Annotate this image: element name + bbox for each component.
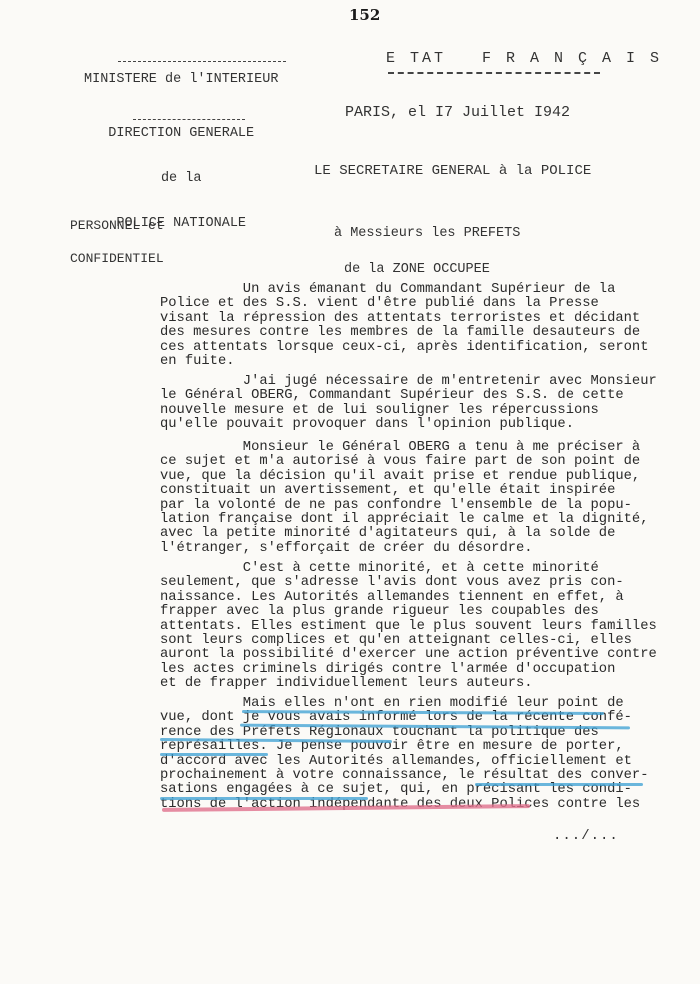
text-line: attentats. Elles estiment que le plus so… bbox=[160, 620, 660, 634]
classification: PERSONNEL et CONFIDENTIEL bbox=[70, 198, 164, 286]
text-line: frapper avec la plus grande rigueur les … bbox=[160, 605, 660, 619]
text-line: et de frapper individuellement leurs aut… bbox=[160, 677, 660, 691]
sender: LE SECRETAIRE GENERAL à la POLICE bbox=[314, 163, 591, 179]
blue-underline bbox=[160, 753, 268, 756]
text-line: ce sujet et m'a autorisé à vous faire pa… bbox=[160, 455, 660, 469]
ministry-line: de la bbox=[84, 171, 278, 186]
text-line: les actes criminels dirigés contre l'arm… bbox=[160, 663, 660, 677]
paragraph: Un avis émanant du Commandant Supérieur … bbox=[160, 283, 660, 369]
blue-underline bbox=[160, 797, 368, 800]
text-line: visant la répression des attentats terro… bbox=[160, 312, 660, 326]
paragraph: J'ai jugé nécessaire de m'entretenir ave… bbox=[160, 375, 660, 433]
classification-line: PERSONNEL et bbox=[70, 220, 164, 231]
etat-francais-heading: E TAT F R A N Ç A I S bbox=[386, 50, 662, 67]
blue-underline bbox=[475, 783, 643, 786]
etat-rule bbox=[388, 72, 600, 74]
text-line: auront la possibilité d'exercer une acti… bbox=[160, 648, 660, 662]
date-line: PARIS, el I7 Juillet I942 bbox=[345, 104, 570, 121]
ministry-rule-1 bbox=[118, 61, 286, 62]
text-line: qu'elle pouvait provoquer dans l'opinion… bbox=[160, 418, 660, 432]
text-line: en fuite. bbox=[160, 355, 660, 369]
recipient-line: à Messieurs les PREFETS bbox=[334, 228, 520, 240]
continuation-mark: .../... bbox=[553, 828, 619, 844]
text-line: constituait un avertissement, et qu'elle… bbox=[160, 484, 660, 498]
paragraph: Monsieur le Général OBERG a tenu à me pr… bbox=[160, 441, 660, 556]
ministry-line: DIRECTION GENERALE bbox=[84, 126, 278, 141]
paragraph: C'est à cette minorité, et à cette minor… bbox=[160, 562, 660, 692]
text-line: naissance. Les Autorités allemandes tien… bbox=[160, 591, 660, 605]
text-line: l'étranger, s'efforçait de créer du déso… bbox=[160, 542, 660, 556]
text-line: ces attentats lorsque ceux-ci, après ide… bbox=[160, 341, 660, 355]
ministry-line: MINISTERE de l'INTERIEUR bbox=[84, 72, 278, 87]
text-line: Police et des S.S. vient d'être publié d… bbox=[160, 297, 660, 311]
text-line: des mesures contre les membres de la fam… bbox=[160, 326, 660, 340]
text-line: d'accord avec les Autorités allemandes, … bbox=[160, 755, 660, 769]
document-page: 152 MINISTERE de l'INTERIEUR DIRECTION G… bbox=[0, 0, 700, 984]
text-line: par la volonté de ne pas confondre l'ens… bbox=[160, 499, 660, 513]
classification-line: CONFIDENTIEL bbox=[70, 253, 164, 264]
text-line: vue, que la décision qu'il avait prise e… bbox=[160, 470, 660, 484]
text-line: seulement, que s'adresse l'avis dont vou… bbox=[160, 576, 660, 590]
text-line: le Général OBERG, Commandant Supérieur d… bbox=[160, 389, 660, 403]
text-line: nouvelle mesure et de lui souligner les … bbox=[160, 404, 660, 418]
text-line: avec la petite minorité d'agitateurs qui… bbox=[160, 527, 660, 541]
recipient-line: de la ZONE OCCUPEE bbox=[334, 264, 520, 276]
ministry-rule-2 bbox=[133, 119, 245, 120]
page-number: 152 bbox=[349, 6, 380, 24]
